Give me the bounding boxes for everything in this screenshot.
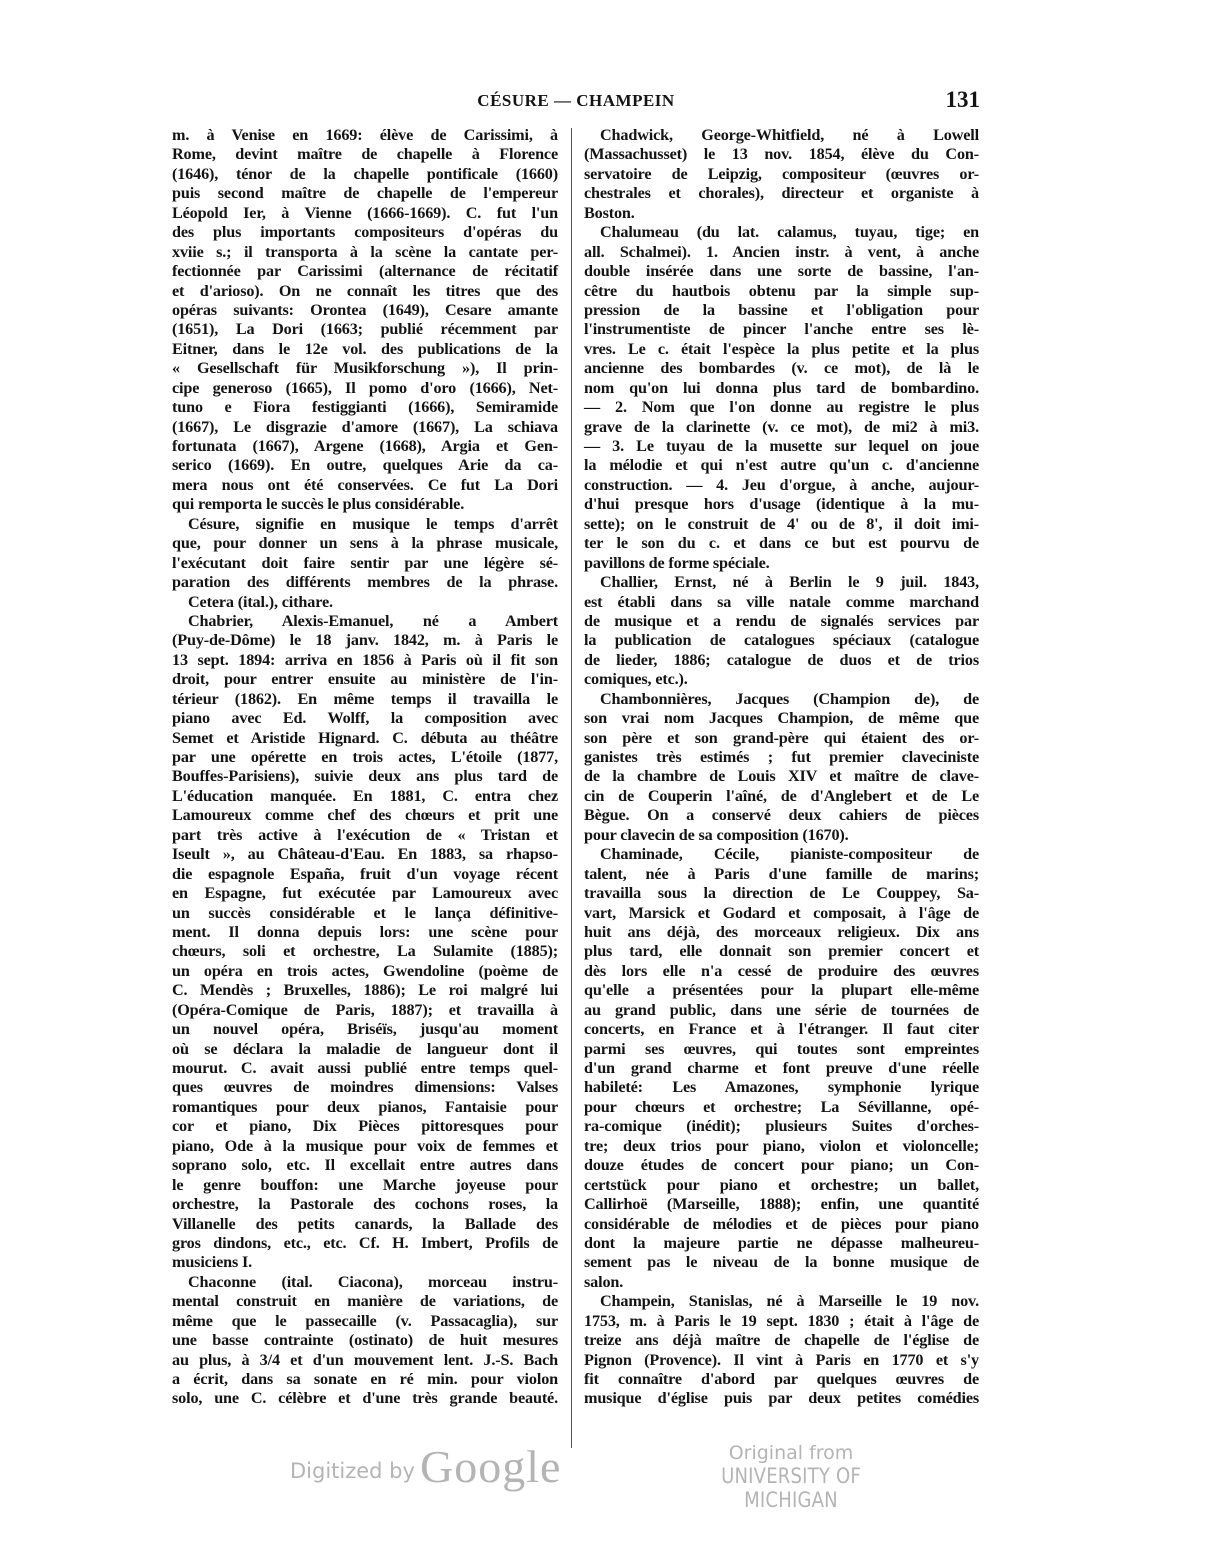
- text-line: (Puy-de-Dôme) le 18 janv. 1842, m. à Par…: [172, 631, 558, 650]
- text-line: vres. Le c. était l'espèce la plus petit…: [584, 340, 979, 359]
- text-line: opéras suivants: Orontea (1649), Cesare …: [172, 301, 558, 320]
- text-line: — 3. Le tuyau de la musette sur lequel o…: [584, 437, 979, 456]
- text-line: sement pas le niveau de la bonne musique…: [584, 1253, 979, 1272]
- text-line: Callirhoë (Marseille, 1888); enfin, une …: [584, 1195, 979, 1214]
- text-line: (1651), La Dori (1663; publié récemment …: [172, 320, 558, 339]
- text-line: térieur (1862). En même temps il travail…: [172, 690, 558, 709]
- text-line: Léopold Ier, à Vienne (1666-1669). C. fu…: [172, 204, 558, 223]
- text-line: Cetera (ital.), cithare.: [172, 593, 558, 612]
- text-line: comiques, etc.).: [584, 670, 979, 689]
- text-line: un succès considérable et le lança défin…: [172, 904, 558, 923]
- text-line: (1646), ténor de la chapelle pontificale…: [172, 165, 558, 184]
- library-name: UNIVERSITY OF MICHIGAN: [684, 1464, 899, 1512]
- text-line: Bègue. On a conservé deux cahiers de piè…: [584, 806, 979, 825]
- text-line: (Massachusset) le 13 nov. 1854, élève du…: [584, 145, 979, 164]
- text-line: solo, une C. célèbre et d'une très grand…: [172, 1389, 558, 1408]
- text-line: concerts, en France et à l'étranger. Il …: [584, 1020, 979, 1039]
- text-line: a écrit, dans sa sonate en ré min. pour …: [172, 1370, 558, 1389]
- text-line: Eitner, dans le 12e vol. des publication…: [172, 340, 558, 359]
- text-line: mera nous ont été conservées. Ce fut La …: [172, 476, 558, 495]
- text-line: piano avec Ed. Wolff, la composition ave…: [172, 709, 558, 728]
- text-line: de musique et a rendu de signalés servic…: [584, 612, 979, 631]
- text-line: pression de la bassine et l'obligation p…: [584, 301, 979, 320]
- text-line: gros dindons, etc., etc. Cf. H. Imbert, …: [172, 1234, 558, 1253]
- text-line: tre; deux trios pour piano, violon et vi…: [584, 1137, 979, 1156]
- digitized-by-label: Digitized by: [290, 1459, 415, 1483]
- text-line: ques œuvres de moindres dimensions: Vals…: [172, 1078, 558, 1097]
- text-line: droit, pour entrer ensuite au ministère …: [172, 670, 558, 689]
- text-line: Rome, devint maître de chapelle à Floren…: [172, 145, 558, 164]
- left-column: m. à Venise en 1669: élève de Carissimi,…: [172, 126, 558, 1409]
- google-watermark: Digitized by Google: [290, 1440, 561, 1493]
- text-line: travailla sous la direction de Le Couppe…: [584, 884, 979, 903]
- text-line: son père et son grand-père qui étaient d…: [584, 729, 979, 748]
- text-line: construction. — 4. Jeu d'orgue, à anche,…: [584, 476, 979, 495]
- text-line: musiciens I.: [172, 1253, 558, 1272]
- text-line: ra-comique (inédit); plusieurs Suites d'…: [584, 1117, 979, 1136]
- text-line: cipe generoso (1665), Il pomo d'oro (166…: [172, 379, 558, 398]
- digitization-footer: Digitized by Google Original from UNIVER…: [0, 1438, 1207, 1498]
- text-line: double insérée dans une sorte de bassine…: [584, 262, 979, 281]
- text-line: cêtre du hautbois obtenu par la simple s…: [584, 282, 979, 301]
- text-line: d'hui presque hors d'usage (identique à …: [584, 495, 979, 514]
- text-line: mourut. C. avait aussi publié entre temp…: [172, 1059, 558, 1078]
- text-line: qui remporta le succès le plus considéra…: [172, 495, 558, 514]
- text-line: fectionnée par Carissimi (alternance de …: [172, 262, 558, 281]
- text-line: des plus importants compositeurs d'opéra…: [172, 223, 558, 242]
- text-line: L'éducation manquée. En 1881, C. entra c…: [172, 787, 558, 806]
- text-line: salon.: [584, 1273, 979, 1292]
- text-line: huit ans déjà, des morceaux religieux. D…: [584, 923, 979, 942]
- text-line: même que le passecaille (v. Passacaglia)…: [172, 1312, 558, 1331]
- text-line: Chambonnières, Jacques (Champion de), de: [584, 690, 979, 709]
- text-line: fortunata (1667), Argene (1668), Argia e…: [172, 437, 558, 456]
- text-line: chœurs, soli et orchestre, La Sulamite (…: [172, 942, 558, 961]
- text-line: (Opéra-Comique de Paris, 1887); et trava…: [172, 1001, 558, 1020]
- text-line: ganistes très estimés ; fut premier clav…: [584, 748, 979, 767]
- text-line: en Espagne, fut exécutée par Lamoureux a…: [172, 884, 558, 903]
- text-line: xviie s.; il transporta à la scène la ca…: [172, 243, 558, 262]
- text-line: orchestre, la Pastorale des cochons rose…: [172, 1195, 558, 1214]
- text-line: Chalumeau (du lat. calamus, tuyau, tige;…: [584, 223, 979, 242]
- text-line: serico (1669). En outre, quelques Arie d…: [172, 456, 558, 475]
- page-number: 131: [946, 87, 981, 113]
- text-line: Semet et Aristide Hignard. C. débuta au …: [172, 729, 558, 748]
- text-line: d'un grand charme et font preuve d'une r…: [584, 1059, 979, 1078]
- original-from-label: Original from: [666, 1442, 916, 1464]
- text-line: de lieder, 1886; catalogue de duos et de…: [584, 651, 979, 670]
- text-line: musique d'église puis par deux petites c…: [584, 1389, 979, 1408]
- text-line: où se déclara la maladie de langueur don…: [172, 1040, 558, 1059]
- book-page: CÉSURE — CHAMPEIN 131 m. à Venise en 166…: [0, 0, 1207, 1562]
- running-title: CÉSURE — CHAMPEIN: [172, 91, 980, 111]
- text-line: parmi ses œuvres, qui toutes sont emprei…: [584, 1040, 979, 1059]
- text-line: dont la majeure partie ne dépasse malheu…: [584, 1234, 979, 1253]
- text-line: que, pour donner un sens à la phrase mus…: [172, 534, 558, 553]
- running-head: CÉSURE — CHAMPEIN 131: [172, 89, 980, 115]
- text-line: ancienne des bombardes (v. ce mot), de l…: [584, 359, 979, 378]
- text-line: (1667), Le disgrazie d'amore (1667), La …: [172, 418, 558, 437]
- text-line: la publication de catalogues spéciaux (c…: [584, 631, 979, 650]
- text-line: au grand public, dans une série de tourn…: [584, 1001, 979, 1020]
- text-line: servatoire de Leipzig, compositeur (œuvr…: [584, 165, 979, 184]
- text-line: grave de la clarinette (v. ce mot), de m…: [584, 418, 979, 437]
- text-line: le genre bouffon: une Marche joyeuse pou…: [172, 1176, 558, 1195]
- text-line: Chaconne (ital. Ciacona), morceau instru…: [172, 1273, 558, 1292]
- text-line: Chadwick, George-Whitfield, né à Lowell: [584, 126, 979, 145]
- text-line: Lamoureux comme chef des chœurs et prit …: [172, 806, 558, 825]
- text-line: l'exécutant doit faire sentir par une lé…: [172, 554, 558, 573]
- text-line: son vrai nom Jacques Champion, de même q…: [584, 709, 979, 728]
- text-line: all. Schalmei). 1. Ancien instr. à vent,…: [584, 243, 979, 262]
- text-line: par une opérette en trois actes, L'étoil…: [172, 748, 558, 767]
- text-line: cor et piano, Dix Pièces pittoresques po…: [172, 1117, 558, 1136]
- text-line: soprano solo, etc. Il excellait entre au…: [172, 1156, 558, 1175]
- text-line: cin de Couperin l'aîné, de d'Anglebert e…: [584, 787, 979, 806]
- text-line: est établi dans sa ville natale comme ma…: [584, 593, 979, 612]
- text-line: talent, née à Paris d'une famille de mar…: [584, 865, 979, 884]
- text-line: sette); on le construit de 4' ou de 8', …: [584, 515, 979, 534]
- text-line: pour clavecin de sa composition (1670).: [584, 826, 979, 845]
- text-line: Césure, signifie en musique le temps d'a…: [172, 515, 558, 534]
- text-line: Chaminade, Cécile, pianiste-compositeur …: [584, 845, 979, 864]
- text-line: puis second maître de chapelle de l'empe…: [172, 184, 558, 203]
- text-line: qu'elle a présentées pour la plupart ell…: [584, 981, 979, 1000]
- text-line: vart, Marsick et Godard et composait, à …: [584, 904, 979, 923]
- text-line: l'instrumentiste de pincer l'anche entre…: [584, 320, 979, 339]
- text-line: « Gesellschaft für Musikforschung »), Il…: [172, 359, 558, 378]
- text-line: paration des différents membres de la ph…: [172, 573, 558, 592]
- text-line: un opéra en trois actes, Gwendoline (poè…: [172, 962, 558, 981]
- text-line: m. à Venise en 1669: élève de Carissimi,…: [172, 126, 558, 145]
- text-line: fit connaître d'abord par quelques œuvre…: [584, 1370, 979, 1389]
- text-line: dès lors elle n'a cessé de produire des …: [584, 962, 979, 981]
- text-line: C. Mendès ; Bruxelles, 1886); Le roi mal…: [172, 981, 558, 1000]
- text-line: certstück pour piano et orchestre; un ba…: [584, 1176, 979, 1195]
- text-line: Chabrier, Alexis-Emanuel, né a Ambert: [172, 612, 558, 631]
- text-line: piano, Ode à la musique pour voix de fem…: [172, 1137, 558, 1156]
- right-column: Chadwick, George-Whitfield, né à Lowell(…: [584, 126, 979, 1409]
- text-line: Champein, Stanislas, né à Marseille le 1…: [584, 1292, 979, 1311]
- text-line: pavillons de forme spéciale.: [584, 554, 979, 573]
- text-line: un nouvel opéra, Briséïs, jusqu'au momen…: [172, 1020, 558, 1039]
- text-line: Bouffes-Parisiens), suivie deux ans plus…: [172, 767, 558, 786]
- text-line: une basse contrainte (ostinato) de huit …: [172, 1331, 558, 1350]
- text-line: 13 sept. 1894: arriva en 1856 à Paris où…: [172, 651, 558, 670]
- text-line: Boston.: [584, 204, 979, 223]
- column-divider: [571, 128, 572, 1448]
- text-line: tuno e Fiora festiggianti (1666), Semira…: [172, 398, 558, 417]
- text-line: treize ans déjà maître de chapelle de l'…: [584, 1331, 979, 1350]
- text-line: douze études de concert pour piano; un C…: [584, 1156, 979, 1175]
- text-line: Villanelle des petits canards, la Ballad…: [172, 1215, 558, 1234]
- text-line: part très active à l'exécution de « Tris…: [172, 826, 558, 845]
- google-logo-text: Google: [420, 1441, 561, 1492]
- text-line: ter le son du c. et dans ce but est pour…: [584, 534, 979, 553]
- text-line: ment. Il donna depuis lors: une scène po…: [172, 923, 558, 942]
- text-line: la mélodie et qui n'est autre qu'un c. d…: [584, 456, 979, 475]
- text-line: nom qu'on lui donna plus tard de bombard…: [584, 379, 979, 398]
- text-line: chestrales et chorales), directeur et or…: [584, 184, 979, 203]
- text-line: romantiques pour deux pianos, Fantaisie …: [172, 1098, 558, 1117]
- text-line: habileté: Les Amazones, symphonie lyriqu…: [584, 1078, 979, 1097]
- text-line: 1753, m. à Paris le 19 sept. 1830 ; étai…: [584, 1312, 979, 1331]
- text-line: die espagnole España, fruit d'un voyage …: [172, 865, 558, 884]
- text-line: au plus, à 3/4 et d'un mouvement lent. J…: [172, 1351, 558, 1370]
- text-line: et d'arioso). On ne connaît les titres q…: [172, 282, 558, 301]
- text-line: — 2. Nom que l'on donne au registre le p…: [584, 398, 979, 417]
- text-line: pour chœurs et orchestre; La Sévillanne,…: [584, 1098, 979, 1117]
- text-line: Challier, Ernst, né à Berlin le 9 juil. …: [584, 573, 979, 592]
- text-line: Pignon (Provence). Il vint à Paris en 17…: [584, 1351, 979, 1370]
- text-line: considérable de mélodies et de pièces po…: [584, 1215, 979, 1234]
- text-line: plus tard, elle donnait son premier conc…: [584, 942, 979, 961]
- text-line: Iseult », au Château-d'Eau. En 1883, sa …: [172, 845, 558, 864]
- text-line: mental construit en manière de variation…: [172, 1292, 558, 1311]
- text-line: de la chambre de Louis XIV et maître de …: [584, 767, 979, 786]
- source-library-watermark: Original from UNIVERSITY OF MICHIGAN: [666, 1442, 916, 1512]
